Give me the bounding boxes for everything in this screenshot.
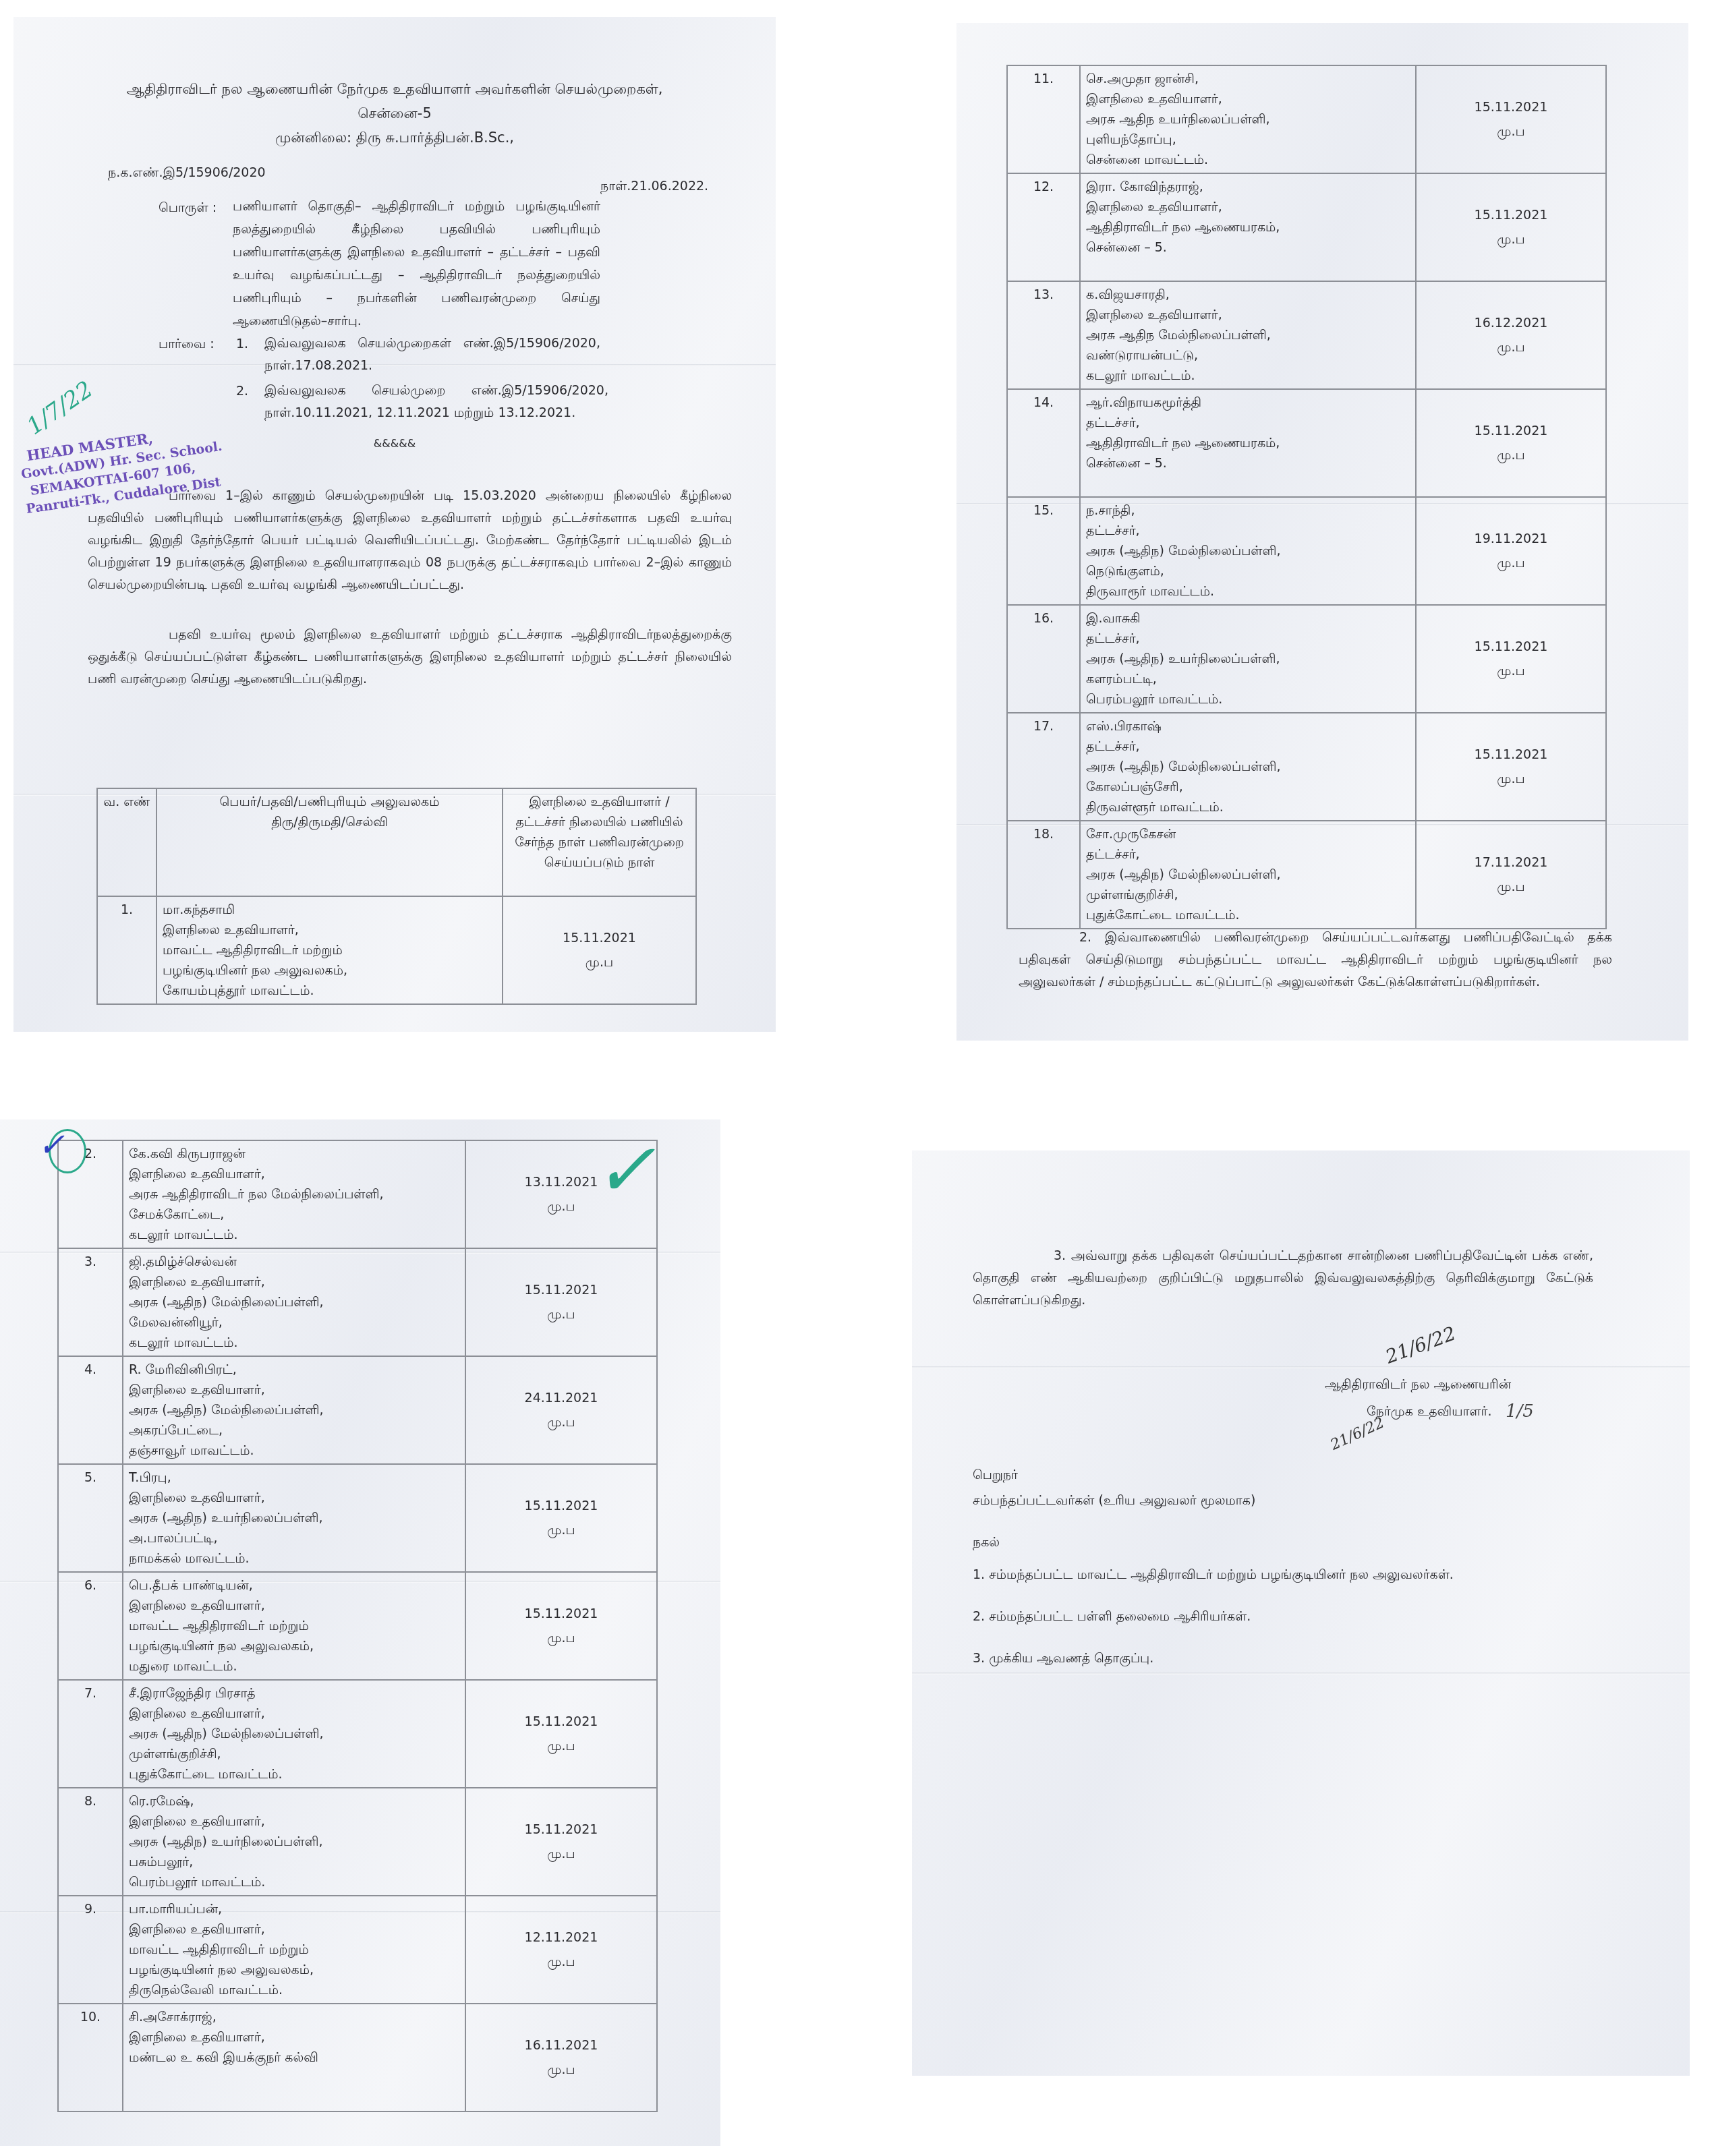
date-value: 15.11.2021 bbox=[1422, 742, 1600, 767]
reference-label: பார்வை : bbox=[159, 334, 215, 354]
row-line: புதுக்கோட்டை மாவட்டம். bbox=[1086, 905, 1410, 925]
header-name-line2: திரு/திருமதி/செல்வி bbox=[163, 812, 496, 832]
row-line: மாவட்ட ஆதிதிராவிடர் மற்றும் bbox=[129, 1616, 459, 1636]
row-line: அரசு ஆதிந மேல்நிலைப்பள்ளி, bbox=[1086, 325, 1410, 345]
row-date: 15.11.2021மு.ப bbox=[1416, 389, 1606, 497]
row-line: பழங்குடியினர் நல அலுவலகம், bbox=[163, 960, 496, 981]
row-line: பெ.தீபக் பாண்டியன், bbox=[129, 1575, 459, 1596]
row-line: கே.கவி கிருபராஜன் bbox=[129, 1144, 459, 1164]
paragraph-4: 3. அவ்வாறு தக்க பதிவுகள் செய்யப்பட்டதற்க… bbox=[973, 1245, 1593, 1312]
row-serial: 1. bbox=[97, 896, 156, 1004]
row-line: பசும்பலூர், bbox=[129, 1852, 459, 1872]
row-line: பெரம்பலூர் மாவட்டம். bbox=[129, 1872, 459, 1892]
row-line: மேலவன்னியூர், bbox=[129, 1312, 459, 1333]
row-line: கோலப்பஞ்சேரி, bbox=[1086, 777, 1410, 797]
row-details: ஜி.தமிழ்ச்செல்வன்இளநிலை உதவியாளர்,அரசு (… bbox=[123, 1248, 465, 1356]
paragraph-3: 2. இவ்வாணையில் பணிவரன்முறை செய்யப்பட்டவர… bbox=[1019, 927, 1612, 993]
office-header-line2: சென்னை-5 bbox=[13, 103, 776, 123]
row-line: அரசு (ஆதிந) மேல்நிலைப்பள்ளி, bbox=[129, 1400, 459, 1420]
row-line: இளநிலை உதவியாளர், bbox=[129, 1272, 459, 1292]
copy-item-3: 3. முக்கிய ஆவணத் தொகுப்பு. bbox=[973, 1648, 1153, 1668]
reference-1-num: 1. bbox=[236, 334, 248, 354]
table-row: 9.பா.மாரியப்பன்,இளநிலை உதவியாளர்,மாவட்ட … bbox=[58, 1896, 657, 2004]
green-check-mark: ✓ bbox=[594, 1133, 656, 1207]
date-value: 15.11.2021 bbox=[472, 1817, 651, 1842]
row-line: அரசு (ஆதிந) மேல்நிலைப்பள்ளி, bbox=[1086, 757, 1410, 777]
row-line: இளநிலை உதவியாளர், bbox=[129, 1919, 459, 1940]
row-line: அரசு (ஆதிந) மேல்நிலைப்பள்ளி, bbox=[1086, 541, 1410, 561]
header-serial: வ. எண் bbox=[97, 788, 156, 896]
copy-label: நகல் bbox=[973, 1532, 1000, 1552]
date-value: 19.11.2021 bbox=[1422, 527, 1600, 551]
signature: 21/6/22 bbox=[1383, 1322, 1459, 1368]
row-line: T.பிரபு, bbox=[129, 1467, 459, 1488]
regularisation-table: 2.கே.கவி கிருபராஜன்இளநிலை உதவியாளர்,அரசு… bbox=[57, 1140, 658, 2112]
table-row: 11.செ.அமுதா ஜான்சி,இளநிலை உதவியாளர்,அரசு… bbox=[1007, 65, 1606, 173]
table-row: 3.ஜி.தமிழ்ச்செல்வன்இளநிலை உதவியாளர்,அரசு… bbox=[58, 1248, 657, 1356]
paragraph-1: பார்வை 1–இல் காணும் செயல்முறையின் படி 15… bbox=[88, 485, 732, 596]
row-line: இளநிலை உதவியாளர், bbox=[129, 1164, 459, 1184]
session-value: மு.ப bbox=[509, 950, 690, 974]
table-row: 4.R. மேரிவினிபிரட்,இளநிலை உதவியாளர்,அரசு… bbox=[58, 1356, 657, 1464]
date-value: 15.11.2021 bbox=[472, 1494, 651, 1518]
session-value: மு.ப bbox=[1422, 551, 1600, 575]
row-date: 15.11.2021மு.ப bbox=[465, 1788, 657, 1896]
row-line: ஆர்.விநாயகமூர்த்தி bbox=[1086, 392, 1410, 413]
table-row: 12.இரா. கோவிந்தராஜ்,இளநிலை உதவியாளர்,ஆதி… bbox=[1007, 173, 1606, 281]
row-line: சென்னை – 5. bbox=[1086, 453, 1410, 473]
date-value: 16.12.2021 bbox=[1422, 311, 1600, 335]
row-line: இளநிலை உதவியாளர், bbox=[129, 1488, 459, 1508]
date-value: 15.11.2021 bbox=[472, 1278, 651, 1302]
document-page-1: ஆதிதிராவிடர் நல ஆணையரின் நேர்முக உதவியாள… bbox=[13, 17, 776, 1032]
row-details: இரா. கோவிந்தராஜ்,இளநிலை உதவியாளர்,ஆதிதிர… bbox=[1080, 173, 1416, 281]
row-line: களரம்பட்டி, bbox=[1086, 669, 1410, 689]
paragraph-2-text: பதவி உயர்வு மூலம் இளநிலை உதவியாளர் மற்று… bbox=[88, 627, 732, 687]
initials-signature: 21/6/22 bbox=[1328, 1414, 1387, 1454]
reference-2-text: இவ்வலுவலக செயல்முறை எண்.இ5/15906/2020, ந… bbox=[264, 380, 608, 424]
page-mark: 1/5 bbox=[1506, 1401, 1534, 1422]
session-value: மு.ப bbox=[472, 1734, 651, 1758]
row-line: தட்டச்சர், bbox=[1086, 629, 1410, 649]
handwritten-initials: 1/7/22 bbox=[22, 376, 98, 440]
session-value: மு.ப bbox=[1422, 767, 1600, 791]
row-details: ந.சாந்தி,தட்டச்சர்,அரசு (ஆதிந) மேல்நிலைப… bbox=[1080, 497, 1416, 605]
row-line: இளநிலை உதவியாளர், bbox=[129, 2027, 459, 2047]
row-line: சோ.முருகேசன் bbox=[1086, 824, 1410, 844]
row-date: 15.11.2021மு.ப bbox=[465, 1680, 657, 1788]
table-row: 13.க.விஜயசாரதி,இளநிலை உதவியாளர்,அரசு ஆதி… bbox=[1007, 281, 1606, 389]
session-value: மு.ப bbox=[472, 1842, 651, 1866]
copy-item-2: 2. சம்மந்தப்பட்ட பள்ளி தலைமை ஆசிரியர்கள்… bbox=[973, 1606, 1251, 1627]
row-line: அரசு (ஆதிந) மேல்நிலைப்பள்ளி, bbox=[1086, 865, 1410, 885]
session-value: மு.ப bbox=[472, 2058, 651, 2082]
row-line: இளநிலை உதவியாளர், bbox=[129, 1811, 459, 1832]
session-value: மு.ப bbox=[1422, 119, 1600, 144]
table-row: 1. மா.கந்தசாமி இளநிலை உதவியாளர், மாவட்ட … bbox=[97, 896, 696, 1004]
recipient-label: பெறுநர் bbox=[973, 1465, 1018, 1485]
row-details: ஆர்.விநாயகமூர்த்திதட்டச்சர்,ஆதிதிராவிடர்… bbox=[1080, 389, 1416, 497]
row-line: மதுரை மாவட்டம். bbox=[129, 1656, 459, 1677]
row-line: எஸ்.பிரகாஷ் bbox=[1086, 716, 1410, 736]
date-value: 24.11.2021 bbox=[472, 1386, 651, 1410]
row-serial: 11. bbox=[1007, 65, 1080, 173]
row-line: அரசு (ஆதிந) உயர்நிலைப்பள்ளி, bbox=[129, 1832, 459, 1852]
date-value: 15.11.2021 bbox=[1422, 419, 1600, 443]
date-value: 15.11.2021 bbox=[472, 1602, 651, 1626]
row-line: சேமக்கோட்டை, bbox=[129, 1204, 459, 1225]
table-row: 14.ஆர்.விநாயகமூர்த்திதட்டச்சர்,ஆதிதிராவி… bbox=[1007, 389, 1606, 497]
row-line: ஆதிதிராவிடர் நல ஆணையரகம், bbox=[1086, 433, 1410, 453]
date-value: 12.11.2021 bbox=[472, 1925, 651, 1950]
row-serial: 18. bbox=[1007, 821, 1080, 929]
office-header-line1: ஆதிதிராவிடர் நல ஆணையரின் நேர்முக உதவியாள… bbox=[13, 79, 776, 99]
row-line: அரசு (ஆதிந) உயர்நிலைப்பள்ளி, bbox=[1086, 649, 1410, 669]
document-page-2: 11.செ.அமுதா ஜான்சி,இளநிலை உதவியாளர்,அரசு… bbox=[956, 23, 1688, 1041]
row-details: மா.கந்தசாமி இளநிலை உதவியாளர், மாவட்ட ஆதி… bbox=[156, 896, 503, 1004]
session-value: மு.ப bbox=[472, 1626, 651, 1650]
paragraph-2: பதவி உயர்வு மூலம் இளநிலை உதவியாளர் மற்று… bbox=[88, 624, 732, 691]
row-line: அரசு (ஆதிந) மேல்நிலைப்பள்ளி, bbox=[129, 1292, 459, 1312]
row-line: புதுக்கோட்டை மாவட்டம். bbox=[129, 1764, 459, 1784]
document-page-4: 3. அவ்வாறு தக்க பதிவுகள் செய்யப்பட்டதற்க… bbox=[912, 1150, 1690, 2076]
row-line: மண்டல உ கவி இயக்குநர் கல்வி bbox=[129, 2047, 459, 2068]
table-row: 18.சோ.முருகேசன்தட்டச்சர்,அரசு (ஆதிந) மேல… bbox=[1007, 821, 1606, 929]
row-line: இளநிலை உதவியாளர், bbox=[129, 1380, 459, 1400]
subject-text: பணியாளர் தொகுதி– ஆதிதிராவிடர் மற்றும் பழ… bbox=[233, 195, 600, 332]
row-line: திருநெல்வேலி மாவட்டம். bbox=[129, 1980, 459, 2000]
row-date: 15.11.2021மு.ப bbox=[465, 1248, 657, 1356]
date-value: 17.11.2021 bbox=[1422, 850, 1600, 875]
row-line: ஆதிதிராவிடர் நல ஆணையரகம், bbox=[1086, 217, 1410, 237]
row-line: பெரம்பலூர் மாவட்டம். bbox=[1086, 689, 1410, 709]
row-line: இளநிலை உதவியாளர், bbox=[1086, 89, 1410, 109]
row-line: அகரப்பேட்டை, bbox=[129, 1420, 459, 1440]
row-line: நாமக்கல் மாவட்டம். bbox=[129, 1548, 459, 1569]
row-line: அரசு (ஆதிந) மேல்நிலைப்பள்ளி, bbox=[129, 1724, 459, 1744]
row-serial: 13. bbox=[1007, 281, 1080, 389]
row-date: 12.11.2021மு.ப bbox=[465, 1896, 657, 2004]
session-value: மு.ப bbox=[1422, 335, 1600, 359]
row-line: வண்டுராயன்பட்டு, bbox=[1086, 345, 1410, 366]
row-date: 24.11.2021மு.ப bbox=[465, 1356, 657, 1464]
row-serial: 14. bbox=[1007, 389, 1080, 497]
row-line: தட்டச்சர், bbox=[1086, 521, 1410, 541]
session-value: மு.ப bbox=[472, 1950, 651, 1974]
row-date: 15.11.2021மு.ப bbox=[1416, 173, 1606, 281]
table-header-row: வ. எண் பெயர்/பதவி/பணிபுரியும் அலுவலகம் த… bbox=[97, 788, 696, 896]
row-line: இ.வாசுகி bbox=[1086, 608, 1410, 629]
row-details: சோ.முருகேசன்தட்டச்சர்,அரசு (ஆதிந) மேல்நி… bbox=[1080, 821, 1416, 929]
row-serial: 9. bbox=[58, 1896, 123, 2004]
regularisation-table-part1: வ. எண் பெயர்/பதவி/பணிபுரியும் அலுவலகம் த… bbox=[96, 788, 697, 1005]
subject-label: பொருள் : bbox=[159, 198, 217, 218]
row-line: அரசு (ஆதிந) உயர்நிலைப்பள்ளி, bbox=[129, 1508, 459, 1528]
row-line: தஞ்சாவூர் மாவட்டம். bbox=[129, 1440, 459, 1461]
row-line: முள்ளங்குறிச்சி, bbox=[129, 1744, 459, 1764]
row-details: ரெ.ரமேஷ்,இளநிலை உதவியாளர்,அரசு (ஆதிந) உய… bbox=[123, 1788, 465, 1896]
row-line: அரசு ஆதிதிராவிடர் நல மேல்நிலைப்பள்ளி, bbox=[129, 1184, 459, 1204]
row-line: மாவட்ட ஆதிதிராவிடர் மற்றும் bbox=[129, 1940, 459, 1960]
session-value: மு.ப bbox=[472, 1302, 651, 1327]
row-line: R. மேரிவினிபிரட், bbox=[129, 1360, 459, 1380]
row-line: மாவட்ட ஆதிதிராவிடர் மற்றும் bbox=[163, 940, 496, 960]
table-row: 10.சி.அசோக்ராஜ்,இளநிலை உதவியாளர்,மண்டல உ… bbox=[58, 2004, 657, 2111]
row-date: 15.11.2021மு.ப bbox=[465, 1572, 657, 1680]
row-line: ரெ.ரமேஷ், bbox=[129, 1791, 459, 1811]
row-details: செ.அமுதா ஜான்சி,இளநிலை உதவியாளர்,அரசு ஆத… bbox=[1080, 65, 1416, 173]
row-date: 15.11.2021 மு.ப bbox=[503, 896, 696, 1004]
reference-2-num: 2. bbox=[236, 381, 248, 401]
paragraph-4-text: 3. அவ்வாறு தக்க பதிவுகள் செய்யப்பட்டதற்க… bbox=[973, 1248, 1593, 1308]
paragraph-1-text: பார்வை 1–இல் காணும் செயல்முறையின் படி 15… bbox=[88, 488, 732, 592]
row-line: க.விஜயசாரதி, bbox=[1086, 285, 1410, 305]
date-value: 15.11.2021 bbox=[1422, 95, 1600, 119]
row-line: தட்டச்சர், bbox=[1086, 844, 1410, 865]
row-date: 16.12.2021மு.ப bbox=[1416, 281, 1606, 389]
table-row: 17.எஸ்.பிரகாஷ்தட்டச்சர்,அரசு (ஆதிந) மேல்… bbox=[1007, 713, 1606, 821]
date-value: 15.11.2021 bbox=[1422, 203, 1600, 227]
row-line: இளநிலை உதவியாளர், bbox=[1086, 305, 1410, 325]
row-details: பெ.தீபக் பாண்டியன்,இளநிலை உதவியாளர்,மாவட… bbox=[123, 1572, 465, 1680]
row-details: R. மேரிவினிபிரட்,இளநிலை உதவியாளர்,அரசு (… bbox=[123, 1356, 465, 1464]
row-serial: 12. bbox=[1007, 173, 1080, 281]
row-date: 15.11.2021மு.ப bbox=[1416, 713, 1606, 821]
row-line: முள்ளங்குறிச்சி, bbox=[1086, 885, 1410, 905]
row-serial: 8. bbox=[58, 1788, 123, 1896]
row-line: தட்டச்சர், bbox=[1086, 736, 1410, 757]
order-date: நாள்.21.06.2022. bbox=[600, 176, 708, 196]
row-line: இளநிலை உதவியாளர், bbox=[163, 920, 496, 940]
row-line: பா.மாரியப்பன், bbox=[129, 1899, 459, 1919]
row-serial: 10. bbox=[58, 2004, 123, 2111]
row-details: க.விஜயசாரதி,இளநிலை உதவியாளர்,அரசு ஆதிந ம… bbox=[1080, 281, 1416, 389]
row-line: இரா. கோவிந்தராஜ், bbox=[1086, 177, 1410, 197]
row-line: கடலூர் மாவட்டம். bbox=[129, 1333, 459, 1353]
table-row: 8.ரெ.ரமேஷ்,இளநிலை உதவியாளர்,அரசு (ஆதிந) … bbox=[58, 1788, 657, 1896]
header-name-line1: பெயர்/பதவி/பணிபுரியும் அலுவலகம் bbox=[163, 792, 496, 812]
row-serial: 7. bbox=[58, 1680, 123, 1788]
paper-fold bbox=[912, 1672, 1690, 1674]
row-date: 17.11.2021மு.ப bbox=[1416, 821, 1606, 929]
office-header-line3: முன்னிலை: திரு சு.பார்த்திபன்.B.Sc., bbox=[13, 127, 776, 148]
row-serial: 16. bbox=[1007, 605, 1080, 713]
row-line: கடலூர் மாவட்டம். bbox=[1086, 366, 1410, 386]
row-line: பழங்குடியினர் நல அலுவலகம், bbox=[129, 1960, 459, 1980]
reference-number: ந.க.எண்.இ5/15906/2020 bbox=[108, 163, 266, 183]
signatory-line2: நேர்முக உதவியாளர். bbox=[1367, 1401, 1491, 1422]
paper-fold bbox=[912, 1366, 1690, 1368]
paragraph-3-text: 2. இவ்வாணையில் பணிவரன்முறை செய்யப்பட்டவர… bbox=[1019, 930, 1612, 989]
header-name: பெயர்/பதவி/பணிபுரியும் அலுவலகம் திரு/திர… bbox=[156, 788, 503, 896]
row-details: பா.மாரியப்பன்,இளநிலை உதவியாளர்,மாவட்ட ஆத… bbox=[123, 1896, 465, 2004]
row-details: சீ.இராஜேந்திர பிரசாத்இளநிலை உதவியாளர்,அர… bbox=[123, 1680, 465, 1788]
row-details: சி.அசோக்ராஜ்,இளநிலை உதவியாளர்,மண்டல உ கவ… bbox=[123, 2004, 465, 2111]
row-line: கடலூர் மாவட்டம். bbox=[129, 1225, 459, 1245]
row-line: சென்னை மாவட்டம். bbox=[1086, 150, 1410, 170]
signatory-line1: ஆதிதிராவிடர் நல ஆணையரின் bbox=[1325, 1374, 1511, 1395]
row-line: புளியந்தோப்பு, bbox=[1086, 129, 1410, 150]
table-row: 7.சீ.இராஜேந்திர பிரசாத்இளநிலை உதவியாளர்,… bbox=[58, 1680, 657, 1788]
recipient: சம்பந்தப்பட்டவர்கள் (உரிய அலுவலர் மூலமாக… bbox=[973, 1490, 1255, 1511]
row-date: 16.11.2021மு.ப bbox=[465, 2004, 657, 2111]
row-line: இளநிலை உதவியாளர், bbox=[1086, 197, 1410, 217]
row-line: சென்னை – 5. bbox=[1086, 237, 1410, 258]
row-line: இளநிலை உதவியாளர், bbox=[129, 1703, 459, 1724]
session-value: மு.ப bbox=[1422, 659, 1600, 683]
session-value: மு.ப bbox=[472, 1410, 651, 1434]
table-row: 5.T.பிரபு,இளநிலை உதவியாளர்,அரசு (ஆதிந) உ… bbox=[58, 1464, 657, 1572]
date-value: 15.11.2021 bbox=[509, 926, 690, 950]
row-line: கோயம்புத்தூர் மாவட்டம். bbox=[163, 981, 496, 1001]
row-serial: 15. bbox=[1007, 497, 1080, 605]
row-line: திருவள்ளூர் மாவட்டம். bbox=[1086, 797, 1410, 817]
row-line: சீ.இராஜேந்திர பிரசாத் bbox=[129, 1683, 459, 1703]
session-value: மு.ப bbox=[1422, 227, 1600, 252]
row-line: அ.பாலப்பட்டி, bbox=[129, 1528, 459, 1548]
regularisation-table: 11.செ.அமுதா ஜான்சி,இளநிலை உதவியாளர்,அரசு… bbox=[1006, 65, 1607, 929]
date-value: 16.11.2021 bbox=[472, 2033, 651, 2058]
row-date: 15.11.2021மு.ப bbox=[1416, 605, 1606, 713]
row-details: T.பிரபு,இளநிலை உதவியாளர்,அரசு (ஆதிந) உயர… bbox=[123, 1464, 465, 1572]
reference-1-text: இவ்வலுவலக செயல்முறைகள் எண்.இ5/15906/2020… bbox=[264, 332, 600, 377]
date-value: 15.11.2021 bbox=[472, 1710, 651, 1734]
header-date: இளநிலை உதவியாளர் / தட்டச்சர் நிலையில் பண… bbox=[503, 788, 696, 896]
table-row: 2.கே.கவி கிருபராஜன்இளநிலை உதவியாளர்,அரசு… bbox=[58, 1140, 657, 1248]
table-row: 16.இ.வாசுகிதட்டச்சர்,அரசு (ஆதிந) உயர்நில… bbox=[1007, 605, 1606, 713]
row-details: எஸ்.பிரகாஷ்தட்டச்சர்,அரசு (ஆதிந) மேல்நில… bbox=[1080, 713, 1416, 821]
row-line: ஜி.தமிழ்ச்செல்வன் bbox=[129, 1252, 459, 1272]
row-line: திருவாரூர் மாவட்டம். bbox=[1086, 581, 1410, 602]
row-details: இ.வாசுகிதட்டச்சர்,அரசு (ஆதிந) உயர்நிலைப்… bbox=[1080, 605, 1416, 713]
copy-item-1: 1. சம்மந்தப்பட்ட மாவட்ட ஆதிதிராவிடர் மற்… bbox=[973, 1565, 1454, 1585]
row-date: 15.11.2021மு.ப bbox=[1416, 65, 1606, 173]
row-line: செ.அமுதா ஜான்சி, bbox=[1086, 69, 1410, 89]
table-row: 15.ந.சாந்தி,தட்டச்சர்,அரசு (ஆதிந) மேல்நி… bbox=[1007, 497, 1606, 605]
row-date: 19.11.2021மு.ப bbox=[1416, 497, 1606, 605]
row-date: 15.11.2021மு.ப bbox=[465, 1464, 657, 1572]
row-line: நெடுங்குளம், bbox=[1086, 561, 1410, 581]
row-details: கே.கவி கிருபராஜன்இளநிலை உதவியாளர்,அரசு ஆ… bbox=[123, 1140, 465, 1248]
row-serial: 6. bbox=[58, 1572, 123, 1680]
session-value: மு.ப bbox=[1422, 443, 1600, 467]
document-page-3: 2.கே.கவி கிருபராஜன்இளநிலை உதவியாளர்,அரசு… bbox=[0, 1119, 720, 2146]
row-line: சி.அசோக்ராஜ், bbox=[129, 2007, 459, 2027]
date-value: 15.11.2021 bbox=[1422, 635, 1600, 659]
session-value: மு.ப bbox=[472, 1518, 651, 1542]
row-line: மா.கந்தசாமி bbox=[163, 900, 496, 920]
row-serial: 17. bbox=[1007, 713, 1080, 821]
table-row: 6.பெ.தீபக் பாண்டியன்,இளநிலை உதவியாளர்,மா… bbox=[58, 1572, 657, 1680]
row-line: தட்டச்சர், bbox=[1086, 413, 1410, 433]
row-line: ந.சாந்தி, bbox=[1086, 500, 1410, 521]
row-line: இளநிலை உதவியாளர், bbox=[129, 1596, 459, 1616]
row-serial: 4. bbox=[58, 1356, 123, 1464]
row-serial: 5. bbox=[58, 1464, 123, 1572]
blue-check-mark: ✓ bbox=[38, 1126, 65, 1164]
session-value: மு.ப bbox=[1422, 875, 1600, 899]
row-line: அரசு ஆதிந உயர்நிலைப்பள்ளி, bbox=[1086, 109, 1410, 129]
row-line: பழங்குடியினர் நல அலுவலகம், bbox=[129, 1636, 459, 1656]
row-serial: 3. bbox=[58, 1248, 123, 1356]
